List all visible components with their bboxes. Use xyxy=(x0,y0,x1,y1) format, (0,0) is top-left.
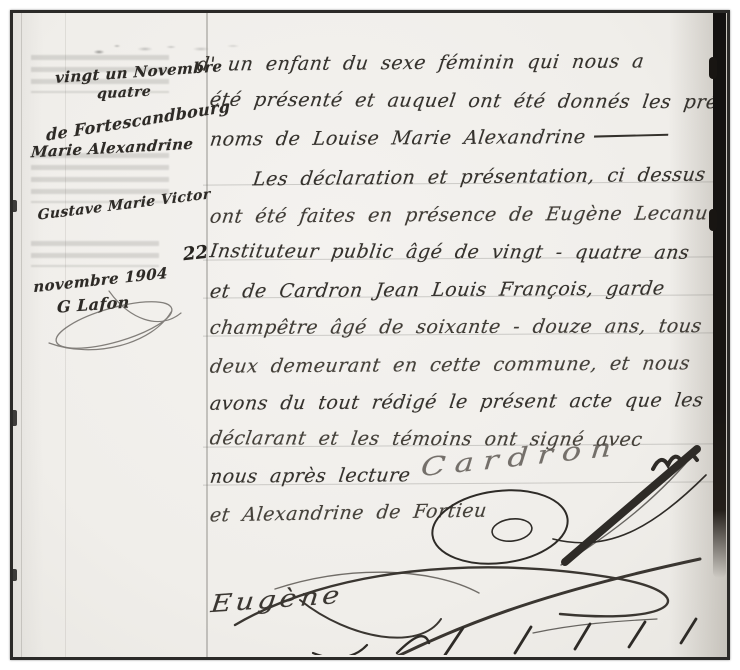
act-number: 22 xyxy=(182,242,209,266)
book-gutter-shadow xyxy=(713,13,726,578)
act-text-line: champêtre âgé de soixante - douze ans, t… xyxy=(208,315,703,339)
scan-frame: vingt un Novembre quatre de Fortescandbo… xyxy=(10,10,730,660)
margin-note-mention-date: novembre 1904 xyxy=(33,264,167,296)
ink-bleedthrough xyxy=(31,241,159,267)
binding-mark xyxy=(10,200,17,212)
act-text-line: noms de Louise Marie Alexandrine xyxy=(209,125,670,150)
name-underline-stroke xyxy=(594,134,668,138)
scanned-register-page: vingt un Novembre quatre de Fortescandbo… xyxy=(0,0,740,670)
act-text-line: ont été faites en présence de Eugène Lec… xyxy=(209,202,710,227)
margin-note-signature: G Lafon xyxy=(57,292,130,316)
binding-mark xyxy=(10,410,17,426)
margin-note-date: quatre xyxy=(97,84,152,103)
signature-cutoff-fragments xyxy=(313,619,696,655)
page-edge-line xyxy=(65,13,66,657)
act-text: noms de Louise Marie Alexandrine xyxy=(209,126,588,151)
act-text-line: nous après lecture xyxy=(209,464,412,487)
page-edge-line xyxy=(21,13,22,657)
act-text-line: Les déclaration et présentation, ci dess… xyxy=(252,164,708,191)
signature-eugene: Eugène xyxy=(210,581,345,619)
act-text-line: deux demeurant en cette commune, et nous xyxy=(209,352,692,377)
act-text-line: Instituteur public âgé de vingt - quatre… xyxy=(208,240,690,264)
act-text-line: d' un enfant du sexe féminin qui nous a xyxy=(196,50,646,75)
act-text-line: et Alexandrine de Fortieu xyxy=(209,500,489,527)
act-text-line: et de Cardron Jean Louis François, garde xyxy=(209,277,667,302)
act-text-line: avons du tout rédigé le présent acte que… xyxy=(209,389,705,414)
binding-mark xyxy=(10,569,17,581)
act-text-line: été présenté et auquel ont été donnés le… xyxy=(208,89,726,114)
